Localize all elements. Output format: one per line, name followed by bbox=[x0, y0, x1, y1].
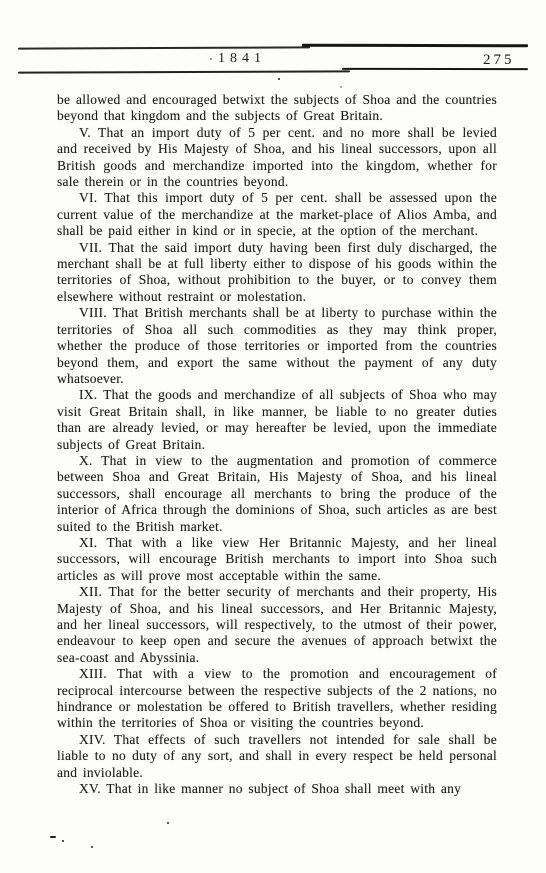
scan-speck bbox=[50, 836, 56, 838]
page-body: be allowed and encouraged betwixt the su… bbox=[57, 92, 497, 797]
paragraph-article-v: V. That an import duty of 5 per cent. an… bbox=[57, 125, 497, 191]
page-number: 275 bbox=[483, 52, 515, 69]
scan-speck bbox=[91, 846, 93, 848]
header-rule-bottom-left bbox=[18, 70, 350, 73]
paragraph-article-xiv: XIV. That effects of such travellers not… bbox=[57, 732, 497, 781]
scan-speck bbox=[167, 822, 169, 824]
scan-speck bbox=[340, 86, 342, 88]
paragraph-article-xi: XI. That with a like view Her Britannic … bbox=[57, 535, 497, 584]
paragraph-article-xv: XV. That in like manner no subject of Sh… bbox=[57, 781, 497, 797]
header-rule-top-left bbox=[18, 46, 310, 49]
scan-speck bbox=[62, 840, 64, 842]
paragraph-article-viii: VIII. That British merchants shall be at… bbox=[57, 305, 497, 387]
paragraph-article-x: X. That in view to the augmentation and … bbox=[57, 453, 497, 535]
paragraph-article-xii: XII. That for the better security of mer… bbox=[57, 584, 497, 666]
paragraph-article-ix: IX. That the goods and merchandize of al… bbox=[57, 387, 497, 453]
scanned-treaty-page: 1841 275 be allowed and encouraged betwi… bbox=[0, 0, 546, 873]
paragraph-continuation: be allowed and encouraged betwixt the su… bbox=[57, 92, 497, 125]
header-rule-top-right bbox=[302, 44, 528, 48]
scan-speck bbox=[278, 78, 280, 80]
paragraph-article-vi: VI. That this import duty of 5 per cent.… bbox=[57, 190, 497, 239]
scan-speck bbox=[210, 58, 212, 60]
header-year: 1841 bbox=[218, 51, 266, 67]
paragraph-article-vii: VII. That the said import duty having be… bbox=[57, 240, 497, 306]
paragraph-article-xiii: XIII. That with a view to the promotion … bbox=[57, 666, 497, 732]
